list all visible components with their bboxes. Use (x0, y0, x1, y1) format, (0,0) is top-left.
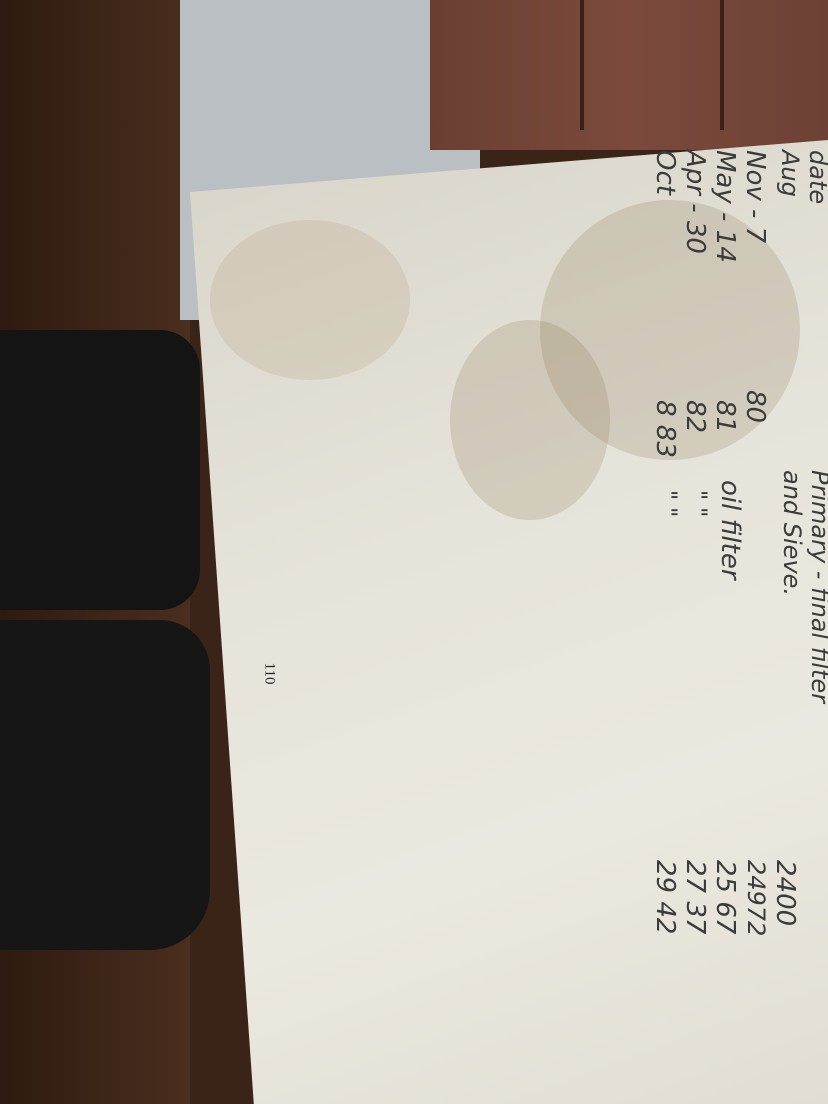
header-date: date (804, 150, 828, 204)
row-reading: 24972 (742, 860, 770, 936)
row-reading: 25 67 (710, 860, 740, 934)
row-note: oil filter (715, 480, 745, 580)
row-reading: 27 37 (680, 860, 710, 934)
row-note: " " (655, 490, 680, 517)
header-sieve: and Sieve. (778, 470, 806, 596)
hand (430, 0, 828, 150)
row-value: 81 (710, 400, 740, 433)
stain (450, 320, 610, 520)
finger-gap (580, 0, 584, 130)
header-primary: Primary - final filter (806, 470, 828, 703)
header-aug: Aug (776, 150, 804, 197)
row-label: Apr - 30 (680, 150, 710, 254)
page-number: 110 (260, 663, 277, 685)
stain (210, 220, 410, 380)
row-reading: 2400 (770, 860, 800, 926)
row-label: Nov - 7 (740, 150, 770, 243)
notebook-page (190, 140, 828, 1104)
shoe-right (0, 620, 210, 950)
row-label: May - 14 (710, 150, 740, 263)
shoe-left (0, 330, 200, 610)
row-value: 8 83 (650, 400, 680, 458)
row-value: 80 (740, 390, 770, 423)
row-reading: 29 42 (650, 860, 680, 934)
finger-gap (720, 0, 724, 130)
row-note: " " (685, 490, 710, 517)
row-label: Oct (650, 150, 680, 195)
row-value: 82 (680, 400, 710, 433)
